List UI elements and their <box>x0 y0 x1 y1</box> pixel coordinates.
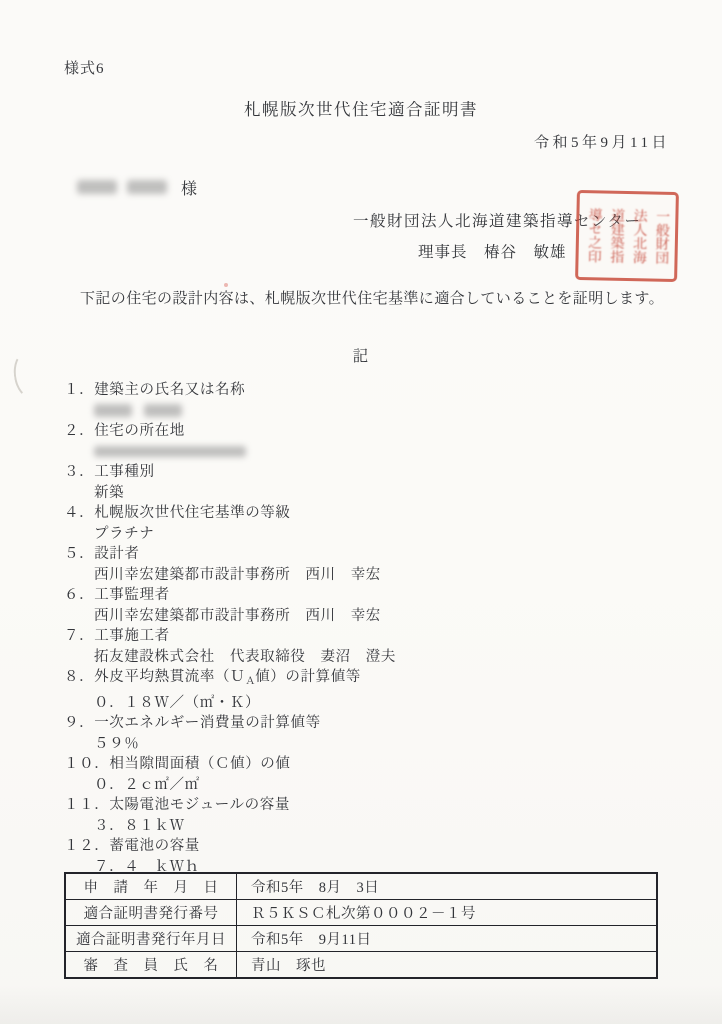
item-label: 太陽電池モジュールの容量 <box>109 797 290 813</box>
item-value: 新築 <box>64 483 684 504</box>
item-label-suffix: 値）の計算値等 <box>255 669 361 685</box>
item-list: １．建築主の氏名又は名称 ２．住宅の所在地 ３．工事種別 新築 ４．札幌版次世代… <box>64 380 684 877</box>
item-label: 建築主の氏名又は名称 <box>94 382 245 398</box>
redacted-recipient-name <box>127 180 167 194</box>
list-item-10: １０．相当隙間面積（Ｃ値）の値 ０．２ｃ㎡／㎡ <box>64 754 684 795</box>
item-label: 蓄電池の容量 <box>109 838 200 854</box>
form-number: 様式6 <box>64 57 105 78</box>
redacted-owner-name <box>94 404 132 417</box>
item-label: 住宅の所在地 <box>94 423 185 439</box>
row-value: 令和5年 9月11日 <box>237 926 658 952</box>
item-value: ０．１８Ｗ／（㎡・Ｋ） <box>64 693 684 714</box>
row-value: 令和5年 8月 3日 <box>237 873 658 900</box>
table-row: 審 査 員 氏 名 青山 琢也 <box>65 952 657 979</box>
scan-artifact-speck <box>224 283 228 287</box>
recipient-line: 様 <box>77 176 297 198</box>
list-item-7: ７．工事施工者 拓友建設株式会社 代表取締役 妻沼 澄夫 <box>64 626 684 667</box>
certificate-info-table: 申 請 年 月 日 令和5年 8月 3日 適合証明書発行番号 Ｒ５ＫＳＣ札次第０… <box>64 872 658 979</box>
document-page: 様式6 札幌版次世代住宅適合証明書 令和5年9月11日 様 一般財団法人北海道建… <box>0 0 722 1024</box>
item-value: 西川幸宏建築都市設計事務所 西川 幸宏 <box>64 606 684 627</box>
row-label: 申 請 年 月 日 <box>65 873 237 900</box>
item-label: 札幌版次世代住宅基準の等級 <box>94 505 290 521</box>
item-label: 設計者 <box>94 546 139 562</box>
table-row: 適合証明書発行年月日 令和5年 9月11日 <box>65 926 657 952</box>
item-number: ５． <box>64 546 94 562</box>
item-value: 西川幸宏建築都市設計事務所 西川 幸宏 <box>64 565 684 586</box>
item-value: 拓友建設株式会社 代表取締役 妻沼 澄夫 <box>64 647 684 668</box>
list-item-5: ５．設計者 西川幸宏建築都市設計事務所 西川 幸宏 <box>64 544 684 585</box>
redacted-address <box>94 446 246 457</box>
seal-glyphs: 法人北海 <box>631 209 646 264</box>
item-value: ３．８１ｋＷ <box>64 816 684 837</box>
redacted-recipient-name <box>77 180 117 194</box>
item-label: 工事施工者 <box>94 628 170 644</box>
item-number: １１． <box>64 797 109 813</box>
list-item-3: ３．工事種別 新築 <box>64 462 684 503</box>
item-number: ８． <box>64 669 94 685</box>
official-seal-icon: 一般財団 法人北海 道建築指 導セ之印 <box>575 190 679 282</box>
item-number: ４． <box>64 505 94 521</box>
certification-statement: 下記の住宅の設計内容は、札幌版次世代住宅基準に適合していることを証明します。 <box>80 287 664 308</box>
list-item-8: ８．外皮平均熱貫流率（ＵＡ値）の計算値等 ０．１８Ｗ／（㎡・Ｋ） <box>64 667 684 713</box>
row-label: 適合証明書発行番号 <box>65 900 237 926</box>
item-label: 相当隙間面積（Ｃ値）の値 <box>109 756 290 772</box>
item-label: 一次エネルギー消費量の計算値等 <box>94 715 321 731</box>
record-mark: 記 <box>0 344 722 366</box>
list-item-12: １２．蓄電池の容量 ７．４ ｋＷｈ <box>64 836 684 877</box>
item-number: １２． <box>64 838 109 854</box>
seal-glyphs: 道建築指 <box>608 208 623 263</box>
item-value: プラチナ <box>64 524 684 545</box>
item-label: 外皮平均熱貫流率（Ｕ <box>94 669 245 685</box>
recipient-honorific: 様 <box>181 176 199 199</box>
issuer-head-name: 理事長 椿谷 敏雄 <box>418 240 567 262</box>
seal-glyphs: 一般財団 <box>653 209 668 264</box>
row-label: 適合証明書発行年月日 <box>65 926 237 952</box>
item-number: ２． <box>64 423 94 439</box>
list-item-1: １．建築主の氏名又は名称 <box>64 380 684 421</box>
item-label: 工事種別 <box>94 464 154 480</box>
document-title: 札幌版次世代住宅適合証明書 <box>0 96 722 120</box>
list-item-11: １１．太陽電池モジュールの容量 ３．８１ｋＷ <box>64 795 684 836</box>
item-label: 工事監理者 <box>94 587 170 603</box>
seal-glyphs: 導セ之印 <box>586 208 601 263</box>
item-number: １０． <box>64 756 109 772</box>
issue-date: 令和5年9月11日 <box>534 131 670 152</box>
item-value: ５９％ <box>64 734 684 755</box>
list-item-2: ２．住宅の所在地 <box>64 421 684 462</box>
item-number: ６． <box>64 587 94 603</box>
list-item-4: ４．札幌版次世代住宅基準の等級 プラチナ <box>64 503 684 544</box>
item-value: ０．２ｃ㎡／㎡ <box>64 775 684 796</box>
table-row: 適合証明書発行番号 Ｒ５ＫＳＣ札次第０００２－１号 <box>65 900 657 926</box>
row-label: 審 査 員 氏 名 <box>65 952 237 979</box>
item-number: １． <box>64 382 94 398</box>
list-item-9: ９．一次エネルギー消費量の計算値等 ５９％ <box>64 713 684 754</box>
row-value: Ｒ５ＫＳＣ札次第０００２－１号 <box>237 900 658 926</box>
item-number: ３． <box>64 464 94 480</box>
table-row: 申 請 年 月 日 令和5年 8月 3日 <box>65 873 657 900</box>
item-number: ７． <box>64 628 94 644</box>
row-value: 青山 琢也 <box>237 952 658 979</box>
list-item-6: ６．工事監理者 西川幸宏建築都市設計事務所 西川 幸宏 <box>64 585 684 626</box>
redacted-owner-name <box>144 404 182 417</box>
ua-subscript: Ａ <box>245 676 255 687</box>
item-number: ９． <box>64 715 94 731</box>
